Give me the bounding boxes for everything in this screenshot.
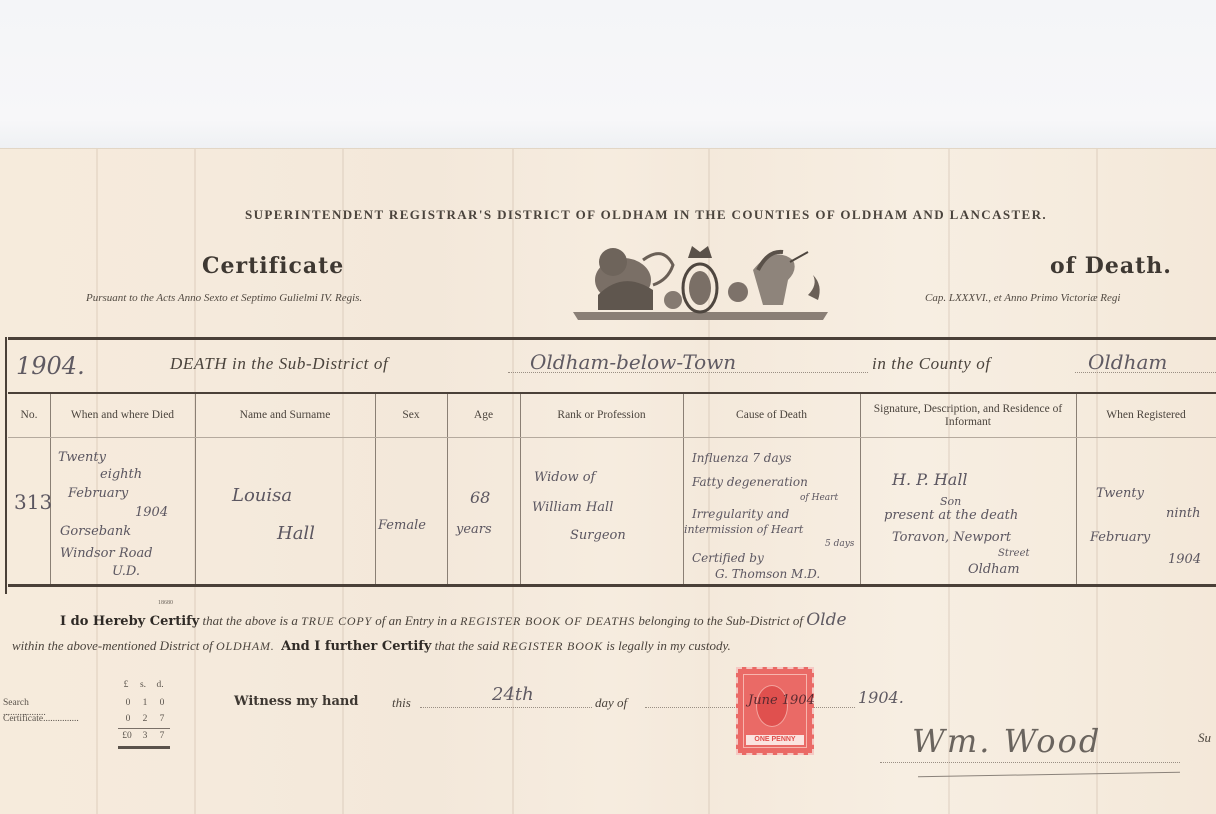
certify-text: belonging to the Sub-District of [638, 613, 803, 628]
cell-line: of Heart [800, 490, 838, 506]
signature-dotted-line [880, 762, 1180, 763]
acts-citation-left: Pursuant to the Acts Anno Sexto et Septi… [86, 292, 362, 304]
certify-text: that the above is a [203, 613, 298, 628]
cell-line: Irregularity and [692, 506, 789, 522]
table-bottom-border [8, 584, 1216, 587]
cell-line: 1904 [1168, 552, 1201, 568]
fee-header: £ [120, 680, 132, 690]
column-divider [860, 394, 861, 584]
district-header: SUPERINTENDENT REGISTRAR'S DISTRICT OF O… [245, 207, 1047, 223]
cell-line: February [1090, 530, 1150, 546]
witness-year-value: 1904. [858, 688, 904, 707]
sex-cell: Female [378, 518, 426, 534]
district-name: OLDHAM. [216, 639, 275, 653]
certificate-title-left: Certificate [202, 253, 344, 279]
fee-label-certificate: Certificate............... [3, 714, 79, 724]
registrar-signature: Wm. Wood [912, 722, 1101, 760]
certification-line-2: within the above-mentioned District of O… [12, 638, 731, 654]
column-header-cause: Cause of Death [683, 394, 860, 437]
cell-line: Gorsebank [60, 524, 131, 540]
cell-line: years [456, 522, 492, 538]
certificate-title-right: of Death. [1050, 253, 1172, 279]
cell-line: Toravon, Newport [892, 530, 1011, 546]
fee-value: 1 [139, 698, 151, 708]
fee-header: d. [154, 680, 166, 690]
certify-blackletter: I do Hereby Certify [60, 614, 199, 629]
day-of-label: day of [595, 695, 627, 711]
cell-line: eighth [100, 467, 142, 483]
cell-line: Twenty [58, 450, 106, 466]
column-header-no: No. [8, 394, 50, 437]
cell-line: Fatty degeneration [692, 474, 808, 490]
column-header-name: Name and Surname [195, 394, 375, 437]
cell-line: intermission of Heart [684, 522, 803, 538]
cell-line: Widow of [534, 470, 595, 486]
fee-sum-line [118, 728, 170, 729]
death-sub-district-label: DEATH in the Sub-District of [170, 354, 388, 374]
one-penny-stamp: June 1904 ONE PENNY [736, 667, 814, 755]
royal-coat-of-arms-icon [568, 240, 833, 325]
cell-line: U.D. [112, 564, 140, 580]
fee-value: 0 [122, 714, 134, 724]
cell-line: February [68, 486, 128, 502]
fee-double-underline [118, 746, 170, 749]
certify-text: within the above-mentioned District of [12, 638, 213, 653]
cell-line: G. Thomson M.D. [715, 566, 820, 582]
fold-line [1096, 149, 1098, 814]
fee-total: 3 [139, 731, 151, 741]
register-book-text: REGISTER BOOK OF DEATHS [460, 614, 635, 628]
cell-line: 68 [470, 490, 490, 506]
cell-line: Certified by [692, 550, 764, 566]
cell-line: Influenza 7 days [692, 450, 792, 466]
fee-value: 0 [122, 698, 134, 708]
day-dotted-line [420, 707, 592, 708]
cell-line: 5 days [825, 536, 854, 552]
fee-value: 2 [139, 714, 151, 724]
certify-text: of an Entry in a [375, 613, 457, 628]
sub-district-value: Oldham-below-Town [530, 350, 736, 374]
witness-day-value: 24th [492, 684, 534, 705]
column-header-sex: Sex [375, 394, 447, 437]
certification-line-1: I do Hereby Certify that the above is a … [60, 610, 847, 630]
certify-sub-district-value: Olde [806, 610, 846, 630]
column-header-age: Age [447, 394, 520, 437]
cell-line: ninth [1166, 506, 1201, 522]
fold-line [512, 149, 514, 814]
registrar-title-fragment: Su [1198, 730, 1211, 746]
cell-line: Oldham [968, 562, 1020, 578]
register-book-text: REGISTER BOOK [502, 639, 603, 653]
surname: Hall [277, 526, 315, 542]
cell-line: Street [998, 546, 1030, 562]
fold-line [96, 149, 98, 814]
first-name: Louisa [232, 488, 292, 504]
witness-label: Witness my hand [234, 694, 358, 709]
column-header-rank: Rank or Profession [520, 394, 683, 437]
cell-line: Twenty [1096, 486, 1144, 502]
scanner-background [0, 0, 1216, 150]
true-copy-text: TRUE COPY [301, 614, 372, 628]
fold-line [342, 149, 344, 814]
cell-line: William Hall [532, 500, 613, 516]
fee-header: s. [137, 680, 149, 690]
fee-value: 7 [156, 714, 168, 724]
cell-line: Surgeon [570, 528, 626, 544]
entry-number: 313 [14, 494, 52, 510]
fee-total: 7 [156, 731, 168, 741]
fee-total: £0 [119, 731, 135, 741]
column-header-when-where: When and where Died [50, 394, 195, 437]
cell-line: 1904 [135, 505, 168, 521]
certify-text: is legally in my custody. [606, 638, 731, 653]
certify-text: that the said [435, 638, 499, 653]
cell-line: Windsor Road [60, 546, 153, 562]
informant-name: H. P. Hall [892, 472, 968, 488]
witness-this-label: this [392, 695, 411, 711]
stamp-label: ONE PENNY [746, 735, 804, 745]
fee-value: 0 [156, 698, 168, 708]
table-top-border [8, 337, 1216, 340]
column-header-informant: Signature, Description, and Residence of… [868, 394, 1068, 437]
cell-line: present at the death [884, 508, 1018, 524]
county-label: in the County of [872, 354, 991, 374]
table-left-border [5, 337, 7, 594]
county-value: Oldham [1088, 350, 1167, 374]
column-header-registered: When Registered [1076, 394, 1216, 437]
header-underline [8, 437, 1216, 438]
further-certify-blackletter: And I further Certify [281, 639, 431, 654]
stamp-cancellation: June 1904 [748, 693, 815, 708]
registration-year: 1904. [16, 352, 85, 380]
acts-citation-right: Cap. LXXXVI., et Anno Primo Victoriæ Reg… [925, 292, 1120, 304]
form-number: 18680 [158, 600, 173, 606]
